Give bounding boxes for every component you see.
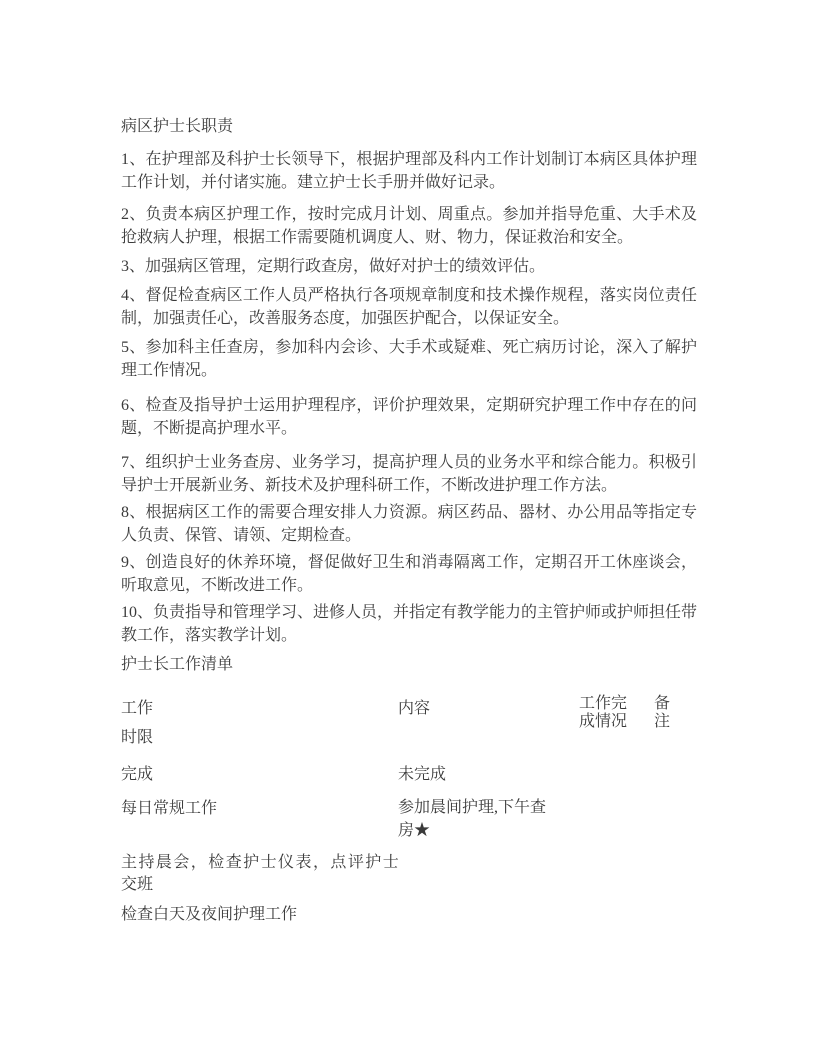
duty-item-3: 3、加强病区管理，定期行政查房，做好对护士的绩效评估。: [121, 255, 697, 278]
duty-item-10: 10、负责指导和管理学习、进修人员，并指定有教学能力的主管护师或护师担任带教工作…: [121, 601, 697, 647]
worklist-header-period-line1: 工作: [121, 697, 153, 720]
worklist-header-completion-line2: 成情况: [579, 710, 627, 733]
duty-item-1: 1、在护理部及科护士长领导下，根据护理部及科内工作计划制订本病区具体护理工作计划…: [121, 148, 697, 194]
worklist-header-period-line2: 时限: [121, 726, 153, 749]
duty-item-2: 2、负责本病区护理工作，按时完成月计划、周重点。参加并指导危重、大手术及抢救病人…: [121, 203, 697, 249]
duty-item-7: 7、组织护士业务查房、业务学习，提高护理人员的业务水平和综合能力。积极引导护士开…: [121, 451, 697, 497]
duty-item-4: 4、督促检查病区工作人员严格执行各项规章制度和技术操作规程，落实岗位责任制，加强…: [121, 284, 697, 330]
worklist-row-daily-content-line2: 房★: [398, 819, 430, 842]
worklist-row-morning-meeting-line1: 主持晨会，检查护士仪表，点评护士: [121, 851, 400, 874]
worklist-row-night-check: 检查白天及夜间护理工作: [121, 903, 297, 926]
worklist-title: 护士长工作清单: [121, 653, 233, 676]
worklist-row-morning-meeting-line2: 交班: [121, 873, 153, 896]
duty-item-8: 8、根据病区工作的需要合理安排人力资源。病区药品、器材、办公用品等指定专人负责、…: [121, 501, 697, 547]
worklist-header-remark-line2: 注: [654, 710, 670, 733]
worklist-row-status-content: 未完成: [398, 763, 446, 786]
worklist-row-daily-period: 每日常规工作: [121, 797, 217, 820]
worklist-row-status-period: 完成: [121, 763, 153, 786]
document-page: 病区护士长职责 1、在护理部及科护士长领导下，根据护理部及科内工作计划制订本病区…: [0, 0, 816, 1056]
duty-item-6: 6、检查及指导护士运用护理程序，评价护理效果，定期研究护理工作中存在的问题，不断…: [121, 394, 697, 440]
worklist-header-content: 内容: [398, 697, 430, 720]
worklist-row-daily-content-line1: 参加晨间护理,下午查: [398, 796, 546, 819]
duty-item-9: 9、创造良好的休养环境，督促做好卫生和消毒隔离工作，定期召开工休座谈会，听取意见…: [121, 551, 697, 597]
document-title: 病区护士长职责: [121, 115, 233, 138]
duty-item-5: 5、参加科主任查房，参加科内会诊、大手术或疑难、死亡病历讨论，深入了解护理工作情…: [121, 336, 697, 382]
